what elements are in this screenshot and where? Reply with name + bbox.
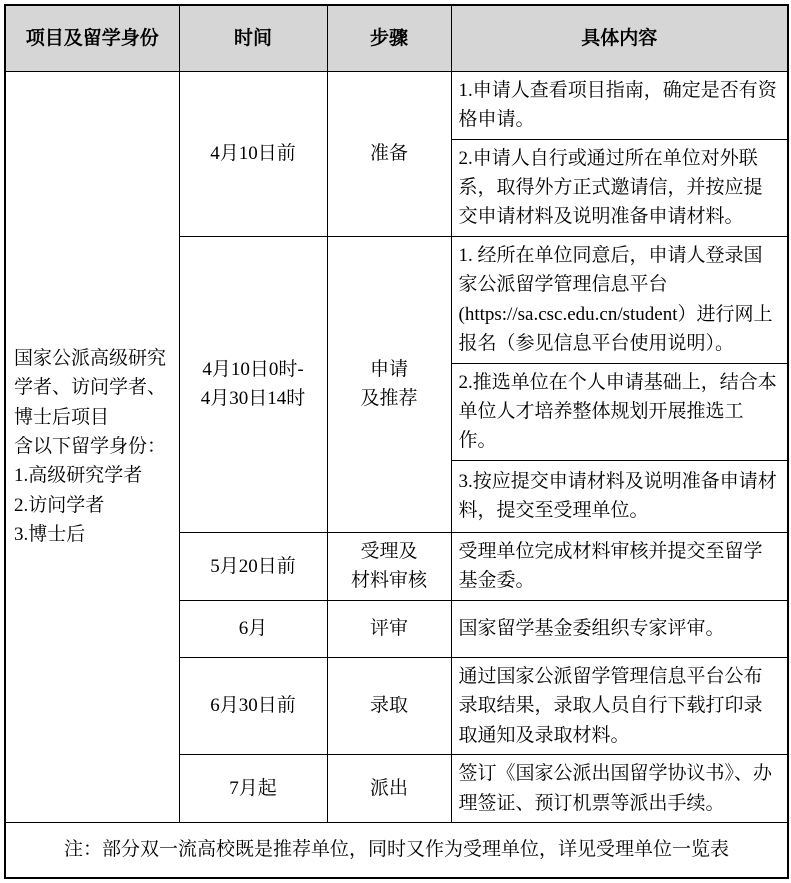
note: 注：部分双一流高校既是推荐单位，同时又作为受理单位，详见受理单位一览表 [5, 822, 788, 878]
step-cell-admit: 录取 [327, 657, 451, 754]
header-step: 步骤 [327, 5, 451, 71]
detail-cell-prepare-1: 1.申请人查看项目指南，确定是否有资格申请。 [451, 71, 788, 139]
detail-cell-admit: 通过国家公派留学管理信息平台公布录取结果，录取人员自行下载打印录取通知及录取材料… [451, 657, 788, 754]
time-cell-apply: 4月10日0时- 4月30日14时 [179, 236, 327, 532]
step-cell-review: 评审 [327, 600, 451, 657]
detail-cell-dispatch: 签订《国家公派出国留学协议书》、办理签证、预订机票等派出手续。 [451, 755, 788, 823]
project-cell: 国家公派高级研究学者、访问学者、博士后项目 含以下留学身份： 1.高级研究学者 … [5, 71, 179, 822]
table-row: 国家公派高级研究学者、访问学者、博士后项目 含以下留学身份： 1.高级研究学者 … [5, 71, 788, 139]
time-cell-admit: 6月30日前 [179, 657, 327, 754]
header-project: 项目及留学身份 [5, 5, 179, 71]
header-detail: 具体内容 [451, 5, 788, 71]
step-cell-prepare: 准备 [327, 71, 451, 236]
header-row: 项目及留学身份 时间 步骤 具体内容 [5, 5, 788, 71]
detail-cell-prepare-2: 2.申请人自行或通过所在单位对外联系，取得外方正式邀请信，并按应提交申请材料及说… [451, 139, 788, 236]
time-cell-accept: 5月20日前 [179, 532, 327, 600]
header-time: 时间 [179, 5, 327, 71]
step-cell-dispatch: 派出 [327, 755, 451, 823]
detail-cell-apply-2: 2.推选单位在个人申请基础上，结合本单位人才培养整体规划开展推选工作。 [451, 363, 788, 460]
detail-cell-review: 国家留学基金委组织专家评审。 [451, 600, 788, 657]
detail-cell-apply-1: 1. 经所在单位同意后，申请人登录国家公派留学管理信息平台 (https://s… [451, 236, 788, 363]
note-row: 注：部分双一流高校既是推荐单位，同时又作为受理单位，详见受理单位一览表 [5, 822, 788, 878]
detail-cell-accept: 受理单位完成材料审核并提交至留学基金委。 [451, 532, 788, 600]
time-cell-dispatch: 7月起 [179, 755, 327, 823]
detail-cell-apply-3: 3.按应提交申请材料及说明准备申请材料，提交至受理单位。 [451, 460, 788, 532]
time-cell-review: 6月 [179, 600, 327, 657]
time-cell-prepare: 4月10日前 [179, 71, 327, 236]
application-schedule-table: 项目及留学身份 时间 步骤 具体内容 国家公派高级研究学者、访问学者、博士后项目… [4, 4, 789, 879]
step-cell-apply: 申请 及推荐 [327, 236, 451, 532]
step-cell-accept: 受理及 材料审核 [327, 532, 451, 600]
